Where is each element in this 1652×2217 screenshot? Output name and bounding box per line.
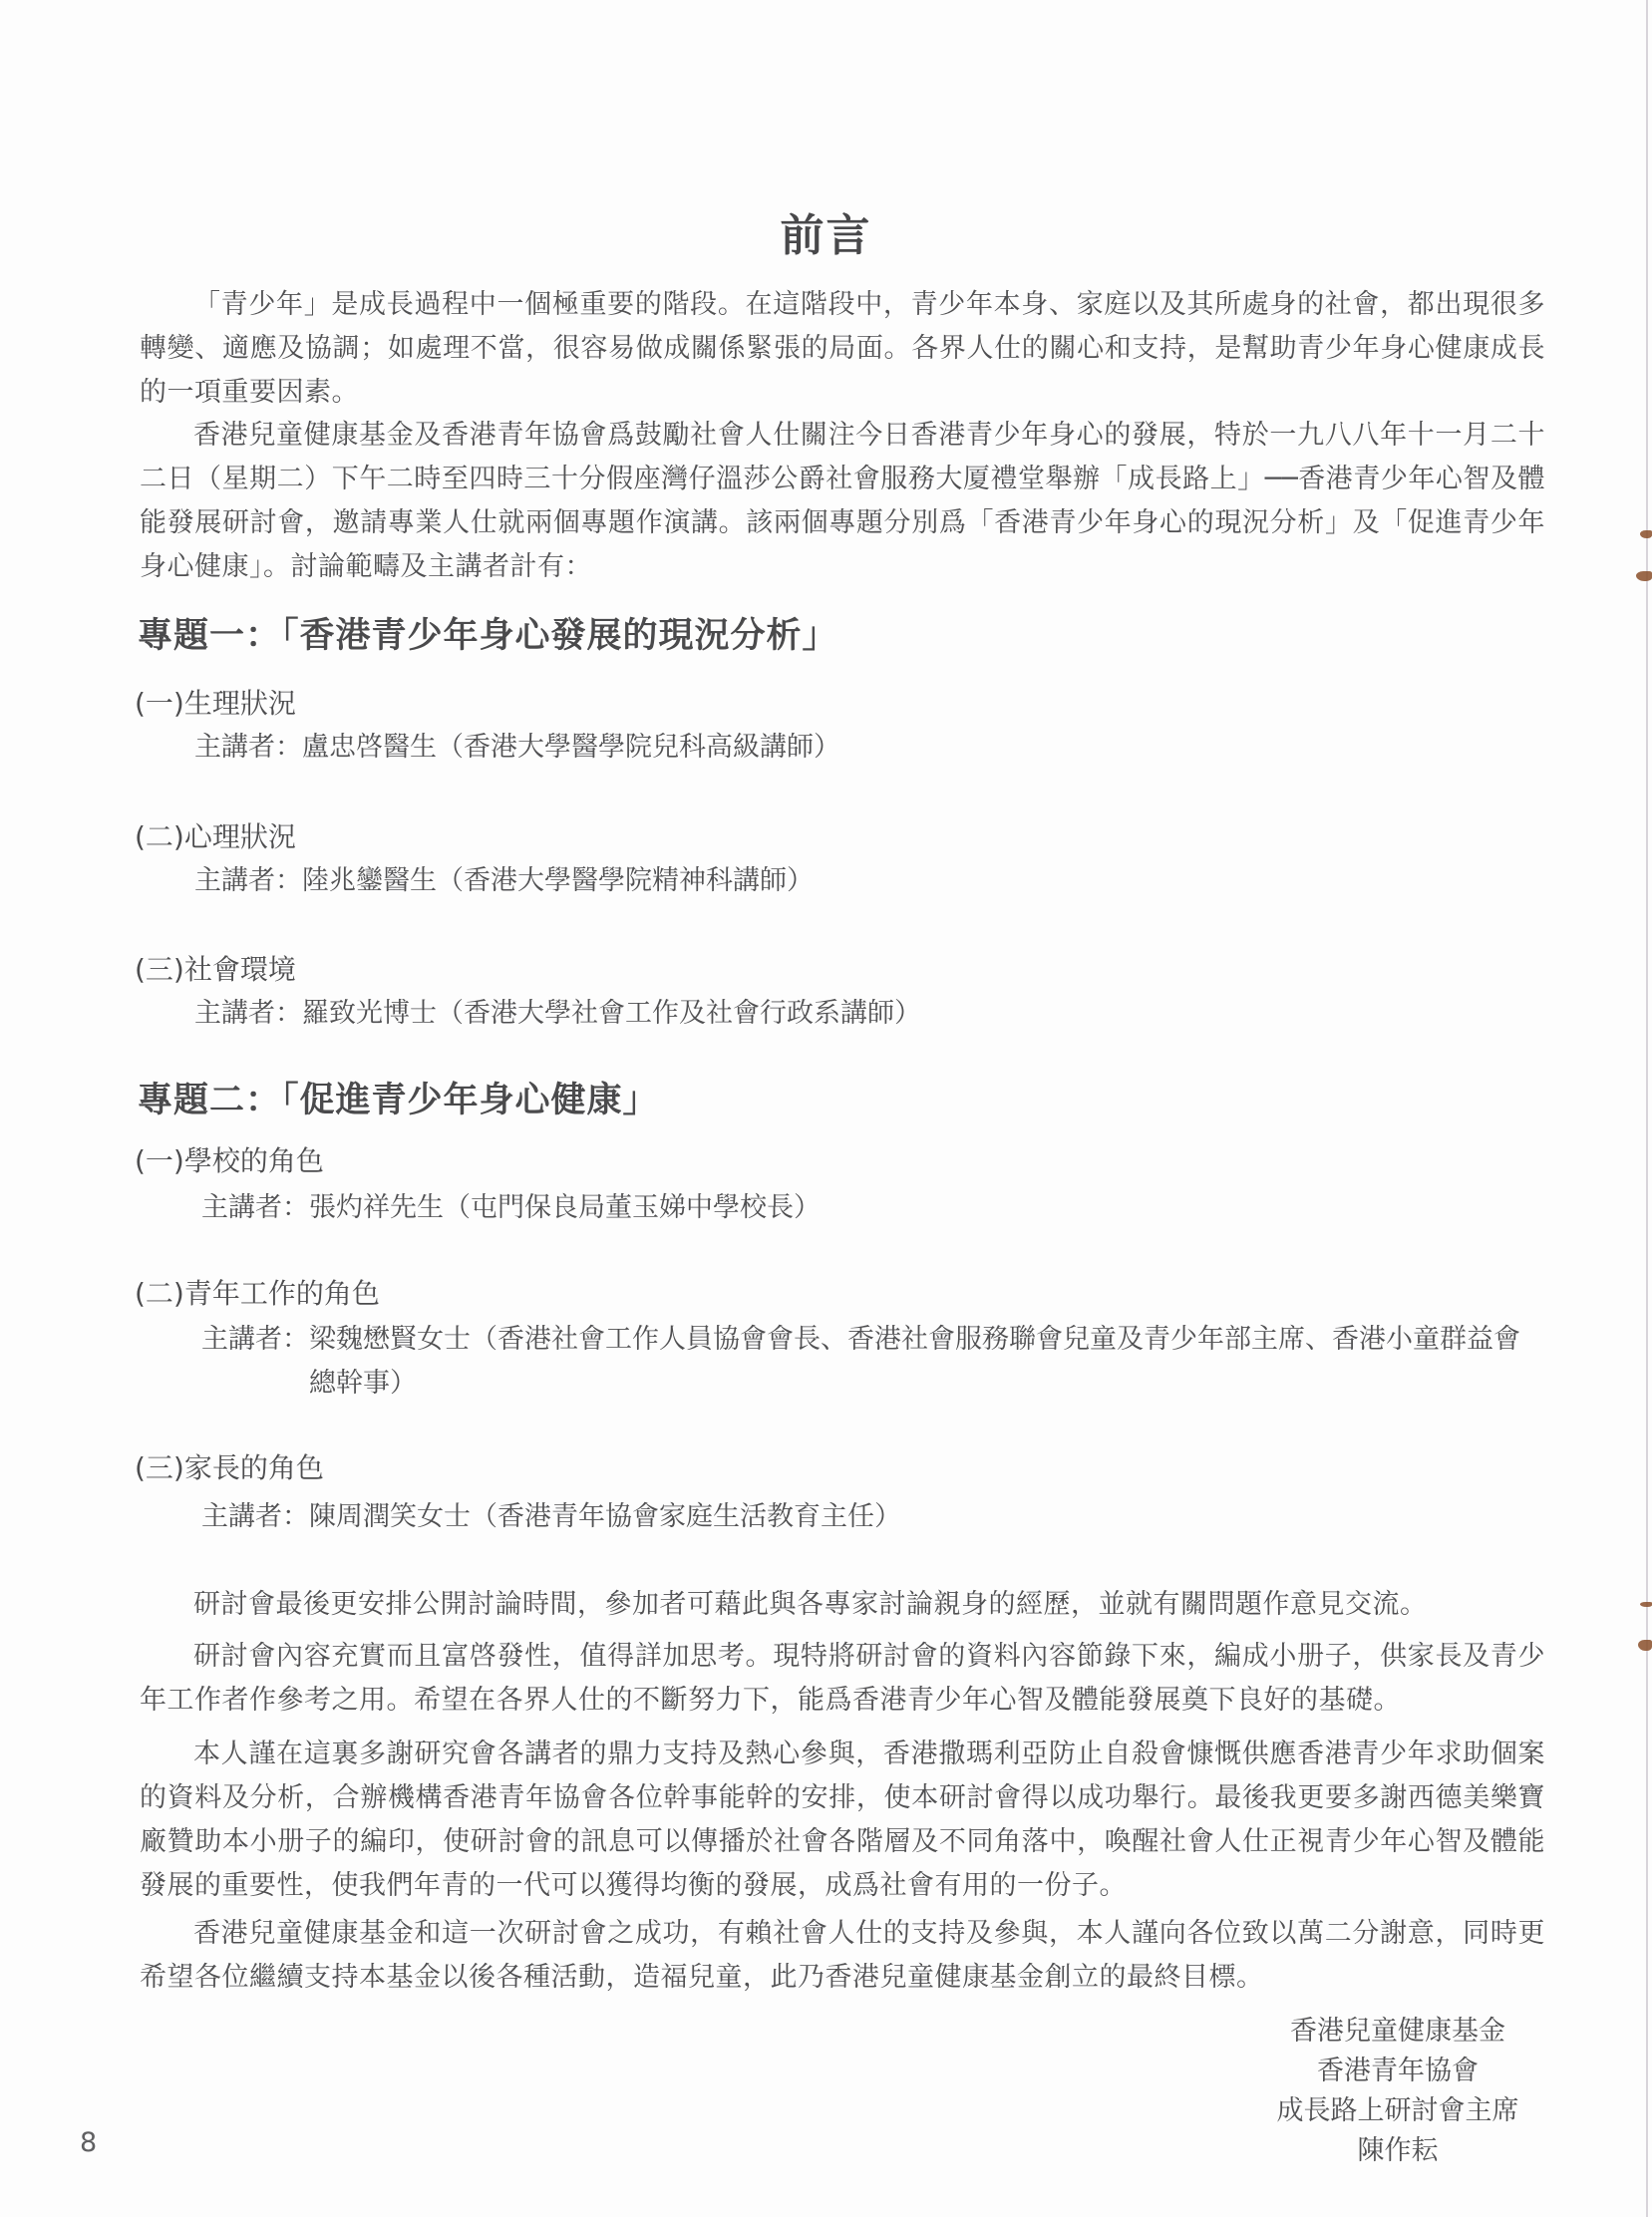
topic-heading: 專題一：「香港青少年身心發展的現況分析」 [138,614,838,658]
speaker-line: 主講者： 張灼祥先生（屯門保良局董玉娣中學校長） [201,1186,821,1230]
speaker-line: 主講者： 梁魏懋賢女士（香港社會工作人員協會會長、香港社會服務聯會兒童及青少年部… [201,1318,1535,1406]
speaker-name: 梁魏懋賢女士（香港社會工作人員協會會長、香港社會服務聯會兒童及青少年部主席、香港… [309,1318,1535,1406]
signature-org: 香港青年協會 [1248,2052,1547,2091]
closing-paragraph: 研討會內容充實而且富啓發性，值得詳加思考。現特將研討會的資料內容節錄下來，編成小… [140,1635,1545,1723]
speaker-name: 陸兆鑾醫生（香港大學醫學院精神科講師） [302,859,814,903]
closing-paragraph: 研討會最後更安排公開討論時間，參加者可藉此與各專家討論親身的經歷，並就有關問題作… [140,1583,1545,1627]
speaker-label: 主講者： [194,992,302,1036]
page-edge-line [1646,0,1648,2217]
speaker-line: 主講者： 羅致光博士（香港大學社會工作及社會行政系講師） [194,992,921,1036]
speaker-label: 主講者： [194,859,302,903]
signature-org: 香港兒童健康基金 [1248,2012,1547,2052]
speaker-label: 主講者： [201,1495,309,1539]
speaker-label: 主講者： [194,726,302,770]
topic-heading: 專題二：「促進青少年身心健康」 [138,1079,659,1122]
closing-paragraph: 本人謹在這裏多謝研究會各講者的鼎力支持及熱心參與，香港撒瑪利亞防止自殺會慷慨供應… [140,1733,1545,1908]
page-title: 前言 [0,210,1652,262]
section-subheading: (二)青年工作的角色 [135,1274,380,1314]
speaker-label: 主講者： [201,1186,309,1230]
signature-name: 陳作耘 [1248,2131,1547,2171]
speaker-line: 主講者： 盧忠啓醫生（香港大學醫學院兒科高級講師） [194,726,840,770]
section-subheading: (一)學校的角色 [135,1141,324,1181]
speaker-name: 羅致光博士（香港大學社會工作及社會行政系講師） [302,992,921,1036]
signature-block: 香港兒童健康基金 香港青年協會 成長路上研討會主席 陳作耘 [1248,2012,1547,2171]
section-subheading: (三)社會環境 [135,950,296,990]
speaker-name: 盧忠啓醫生（香港大學醫學院兒科高級講師） [302,726,840,770]
closing-paragraph: 香港兒童健康基金和這一次研討會之成功，有賴社會人仕的支持及參與，本人謹向各位致以… [140,1912,1545,2000]
speaker-label: 主講者： [201,1318,309,1406]
signature-role: 成長路上研討會主席 [1248,2091,1547,2131]
section-subheading: (一)生理狀況 [135,684,296,724]
rust-mark [1640,1602,1652,1607]
rust-mark [1640,530,1652,538]
speaker-line: 主講者： 陸兆鑾醫生（香港大學醫學院精神科講師） [194,859,814,903]
speaker-line: 主講者： 陳周潤笑女士（香港青年協會家庭生活教育主任） [201,1495,901,1539]
rust-mark [1636,571,1652,581]
speaker-name: 張灼祥先生（屯門保良局董玉娣中學校長） [309,1186,821,1230]
rust-mark [1638,1640,1652,1651]
intro-paragraph: 香港兒童健康基金及香港青年協會爲鼓勵社會人仕關注今日香港青少年身心的發展，特於一… [140,414,1545,589]
section-subheading: (二)心理狀況 [135,817,296,857]
speaker-name: 陳周潤笑女士（香港青年協會家庭生活教育主任） [309,1495,901,1539]
page-number: 8 [80,2127,97,2158]
section-subheading: (三)家長的角色 [135,1448,324,1488]
intro-paragraph: 「青少年」是成長過程中一個極重要的階段。在這階段中，青少年本身、家庭以及其所處身… [140,283,1545,415]
